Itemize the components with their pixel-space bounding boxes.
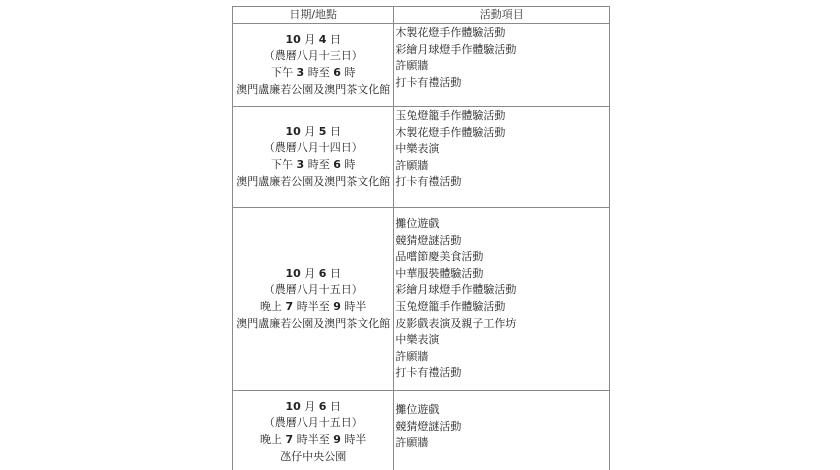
activity-item: 打卡有禮活動: [395, 365, 609, 382]
table-header-row: 日期/地點 活動項目: [233, 7, 610, 24]
event-time: 下午 3 時至 6 時: [233, 65, 393, 82]
event-location: 氹仔中央公園: [233, 449, 393, 466]
activity-item: 許願牆: [395, 158, 609, 175]
activity-item: 彩繪月球燈手作體驗活動: [395, 282, 609, 299]
event-date: 10 月 6 日: [233, 399, 393, 416]
lunar-date: （農曆八月十四日）: [233, 140, 393, 157]
activities-cell: 攤位遊戲 競猜燈謎活動 品嚐節慶美食活動 中華服裝體驗活動 彩繪月球燈手作體驗活…: [394, 208, 610, 391]
activity-item: 木製花燈手作體驗活動: [395, 25, 609, 42]
activity-item: 攤位遊戲: [395, 216, 609, 233]
event-location: 澳門盧廉若公園及澳門茶文化館: [233, 316, 393, 333]
activities-cell: 攤位遊戲 競猜燈謎活動 許願牆: [394, 391, 610, 470]
table-row: 10 月 5 日 （農曆八月十四日） 下午 3 時至 6 時 澳門盧廉若公園及澳…: [233, 107, 610, 208]
activity-item: 打卡有禮活動: [395, 174, 609, 191]
table-row: 10 月 4 日 （農曆八月十三日） 下午 3 時至 6 時 澳門盧廉若公園及澳…: [233, 24, 610, 107]
lunar-date: （農曆八月十三日）: [233, 48, 393, 65]
date-location-cell: 10 月 5 日 （農曆八月十四日） 下午 3 時至 6 時 澳門盧廉若公園及澳…: [233, 107, 394, 208]
activity-item: 中樂表演: [395, 141, 609, 158]
activities-cell: 木製花燈手作體驗活動 彩繪月球燈手作體驗活動 許願牆 打卡有禮活動: [394, 24, 610, 107]
event-location: 澳門盧廉若公園及澳門茶文化館: [233, 174, 393, 191]
activity-item: 中華服裝體驗活動: [395, 266, 609, 283]
activity-item: 競猜燈謎活動: [395, 233, 609, 250]
activity-item: 皮影戲表演及親子工作坊: [395, 316, 609, 333]
event-date: 10 月 6 日: [233, 266, 393, 283]
date-location-cell: 10 月 4 日 （農曆八月十三日） 下午 3 時至 6 時 澳門盧廉若公園及澳…: [233, 24, 394, 107]
activity-item: 木製花燈手作體驗活動: [395, 125, 609, 142]
date-location-cell: 10 月 6 日 （農曆八月十五日） 晚上 7 時半至 9 時半 澳門盧廉若公園…: [233, 208, 394, 391]
event-time: 下午 3 時至 6 時: [233, 157, 393, 174]
header-date-location: 日期/地點: [233, 7, 394, 24]
header-activities: 活動項目: [394, 7, 610, 24]
event-date: 10 月 5 日: [233, 124, 393, 141]
activity-item: 品嚐節慶美食活動: [395, 249, 609, 266]
activity-item: 打卡有禮活動: [395, 75, 609, 92]
lunar-date: （農曆八月十五日）: [233, 282, 393, 299]
activity-item: 玉兔燈籠手作體驗活動: [395, 299, 609, 316]
activity-item: 中樂表演: [395, 332, 609, 349]
activity-item: 許願牆: [395, 435, 609, 452]
activities-cell: 玉兔燈籠手作體驗活動 木製花燈手作體驗活動 中樂表演 許願牆 打卡有禮活動: [394, 107, 610, 208]
activity-item: 彩繪月球燈手作體驗活動: [395, 42, 609, 59]
event-time: 晚上 7 時半至 9 時半: [233, 299, 393, 316]
event-date: 10 月 4 日: [233, 32, 393, 49]
activity-item: 許願牆: [395, 349, 609, 366]
activity-item: 許願牆: [395, 58, 609, 75]
table-row: 10 月 6 日 （農曆八月十五日） 晚上 7 時半至 9 時半 澳門盧廉若公園…: [233, 208, 610, 391]
event-schedule-table: 日期/地點 活動項目 10 月 4 日 （農曆八月十三日） 下午 3 時至 6 …: [232, 6, 610, 470]
table-row: 10 月 6 日 （農曆八月十五日） 晚上 7 時半至 9 時半 氹仔中央公園 …: [233, 391, 610, 470]
activity-item: 競猜燈謎活動: [395, 419, 609, 436]
activity-item: 攤位遊戲: [395, 402, 609, 419]
lunar-date: （農曆八月十五日）: [233, 415, 393, 432]
activity-item: 玉兔燈籠手作體驗活動: [395, 108, 609, 125]
event-time: 晚上 7 時半至 9 時半: [233, 432, 393, 449]
event-location: 澳門盧廉若公園及澳門茶文化館: [233, 82, 393, 99]
date-location-cell: 10 月 6 日 （農曆八月十五日） 晚上 7 時半至 9 時半 氹仔中央公園: [233, 391, 394, 470]
